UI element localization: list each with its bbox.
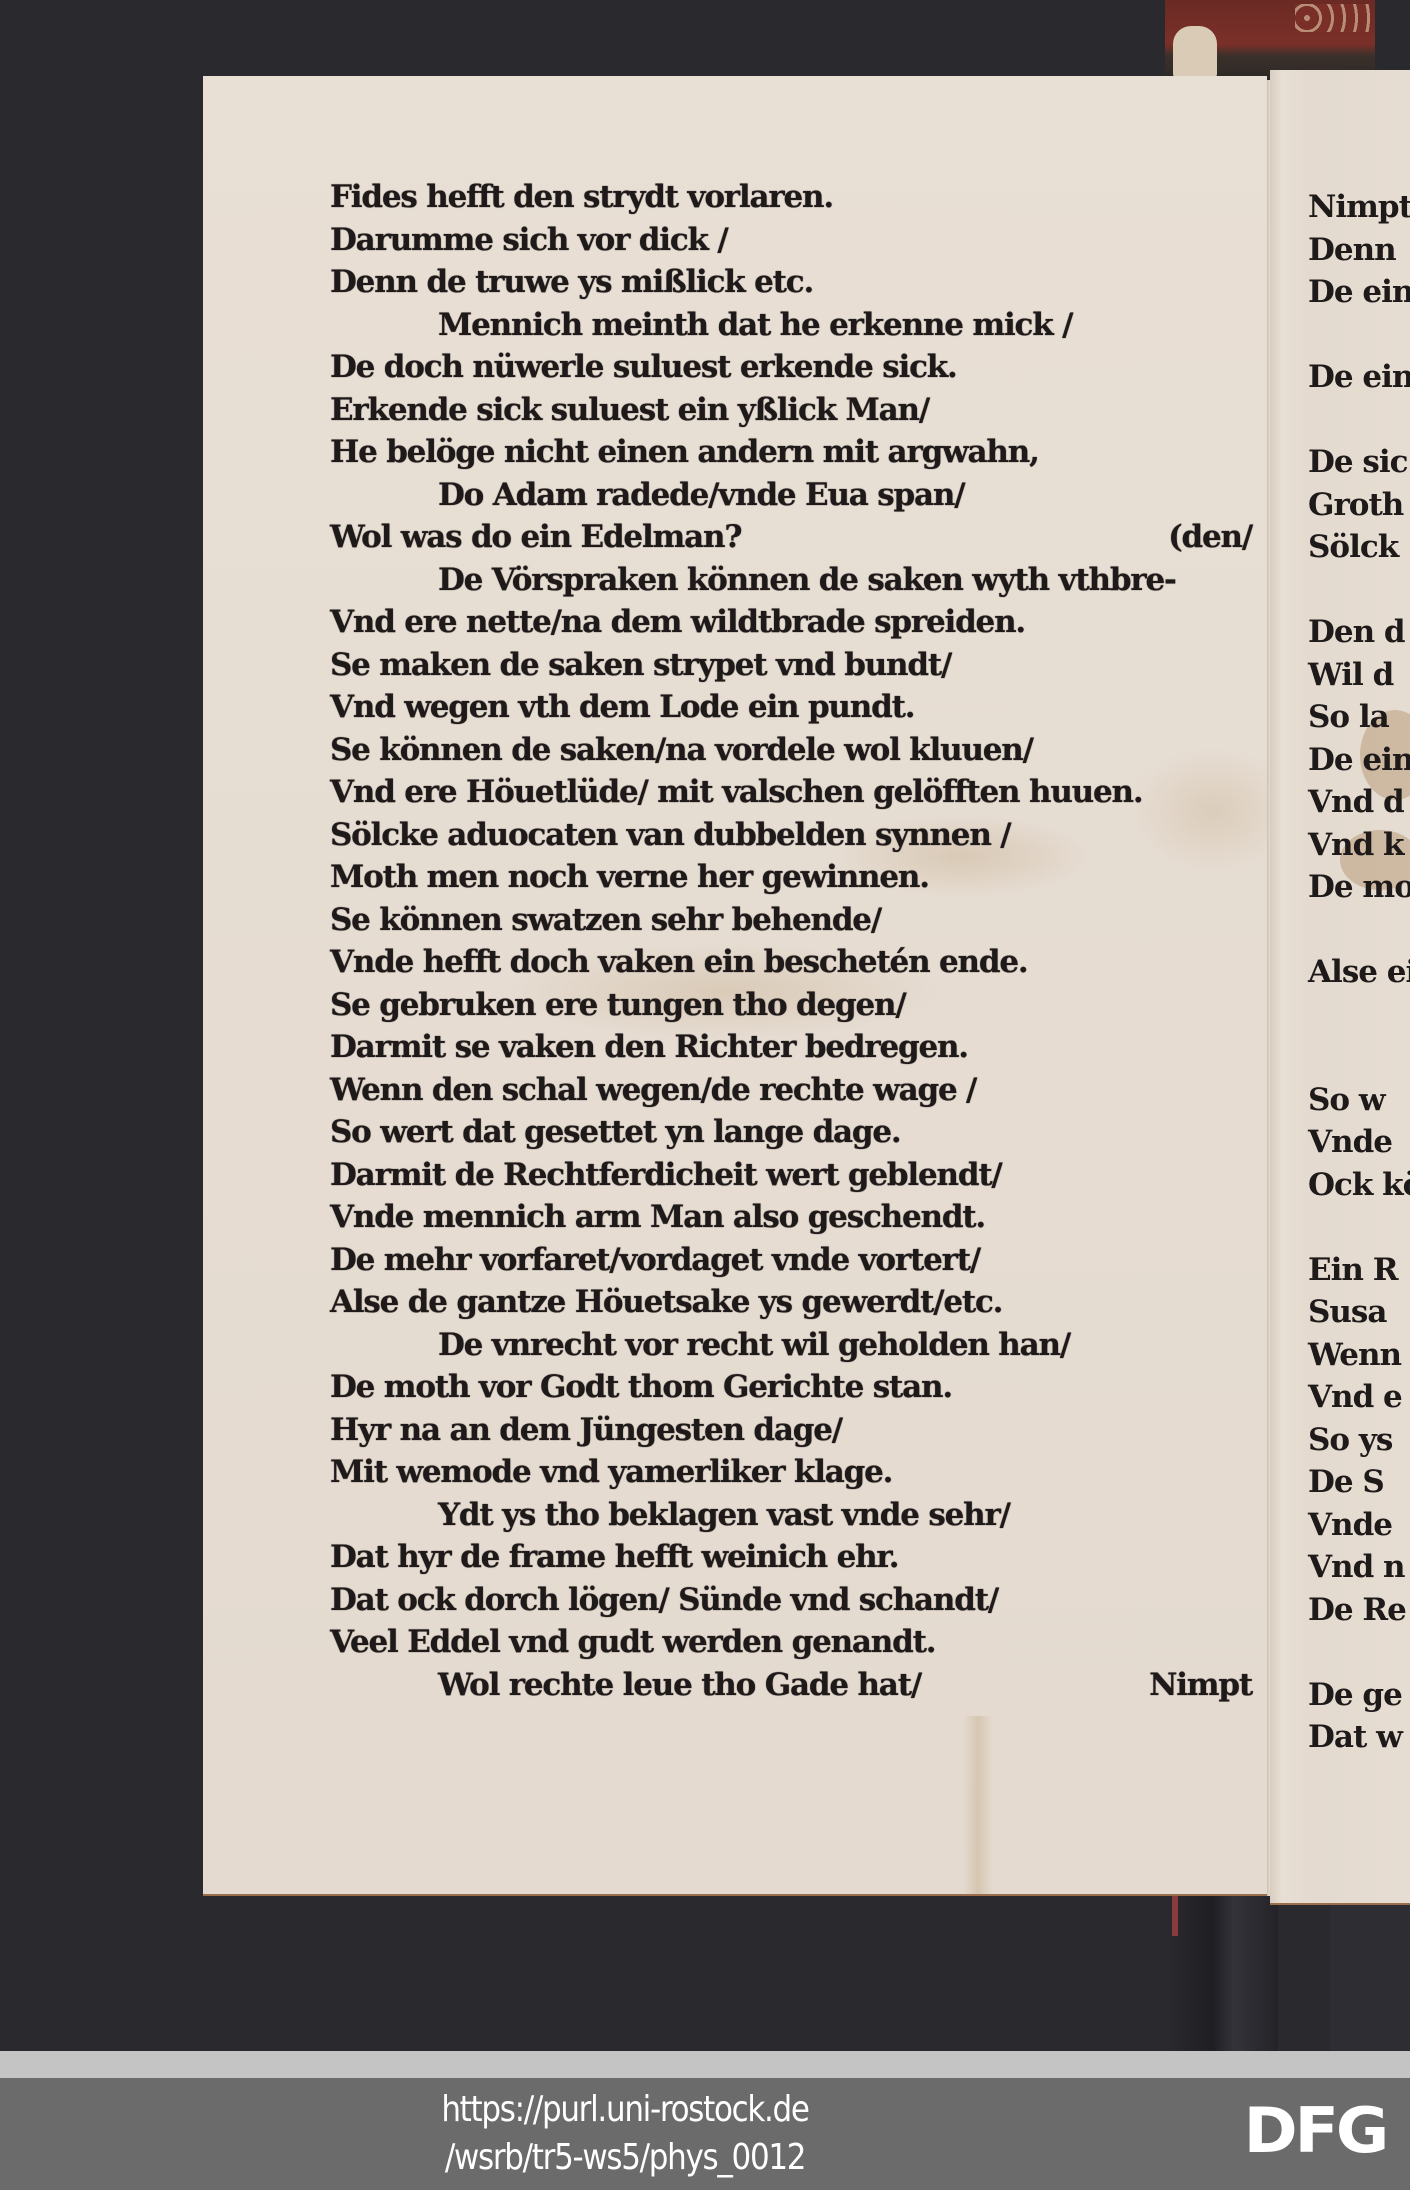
- text-line: Dat ock dorch lögen/ Sünde vnd schandt/: [330, 1579, 1260, 1622]
- text-line-content: Se können de saken/na vordele wol kluuen…: [330, 732, 1033, 768]
- text-line-content: Se können swatzen sehr behende/: [330, 902, 881, 938]
- text-line-fragment: [1308, 909, 1410, 952]
- text-line: Vnd ere Höuetlüde/ mit valschen gelöffte…: [330, 771, 1260, 814]
- text-line-content: Vnd wegen vth dem Lode ein pundt.: [330, 689, 914, 725]
- text-line: So wert dat gesettet yn lange dage.: [330, 1111, 1260, 1154]
- text-line-content: Vnd ere nette/na dem wildtbrade spreiden…: [330, 604, 1025, 640]
- dfg-logo: DFG: [1244, 2104, 1387, 2158]
- text-line-content: Wol rechte leue tho Gade hat/: [438, 1667, 921, 1703]
- text-line-fragment: Susa: [1308, 1291, 1410, 1334]
- left-page: Fides hefft den strydt vorlaren.Darumme …: [203, 76, 1267, 1896]
- text-line: Do Adam radede/vnde Eua span/: [330, 474, 1260, 517]
- text-line-fragment: [1308, 399, 1410, 442]
- text-line-fragment: Vnd d: [1308, 781, 1410, 824]
- text-line-fragment: So ys: [1308, 1419, 1410, 1462]
- text-line: Se gebruken ere tungen tho degen/: [330, 984, 1260, 1027]
- text-line-content: Vnde hefft doch vaken ein beschetén ende…: [330, 944, 1027, 980]
- text-line: De vnrecht vor recht wil geholden han/: [330, 1324, 1260, 1367]
- text-line-fragment: [1308, 314, 1410, 357]
- footer-divider: [0, 2051, 1410, 2078]
- text-line-fragment: De mo: [1308, 866, 1410, 909]
- text-line: Alse de gantze Höuetsake ys gewerdt/etc.: [330, 1281, 1260, 1324]
- book-cover-board: [1330, 1903, 1410, 2051]
- text-line-content: Dat hyr de frame hefft weinich ehr.: [330, 1539, 898, 1575]
- text-line-content: Moth men noch verne her gewinnen.: [330, 859, 929, 895]
- text-line: Sölcke aduocaten van dubbelden synnen /: [330, 814, 1260, 857]
- text-line-fragment: De ge: [1308, 1674, 1410, 1717]
- scan-image: Fides hefft den strydt vorlaren.Darumme …: [0, 0, 1410, 2051]
- text-line: De Vörspraken können de saken wyth vthbr…: [330, 559, 1260, 602]
- text-line: Dat hyr de frame hefft weinich ehr.: [330, 1536, 1260, 1579]
- text-line-content: Ydt ys tho beklagen vast vnde sehr/: [438, 1497, 1010, 1533]
- text-line: Vnd ere nette/na dem wildtbrade spreiden…: [330, 601, 1260, 644]
- text-line-fragment: De ein: [1308, 739, 1410, 782]
- text-line-fragment: Groth: [1308, 484, 1410, 527]
- text-line-fragment: Denn: [1308, 229, 1410, 272]
- text-line-fragment: [1308, 1206, 1410, 1249]
- line-continuation: (den/: [1168, 516, 1260, 559]
- text-line-fragment: Vnd n: [1308, 1546, 1410, 1589]
- text-line-fragment: Dat w: [1308, 1716, 1410, 1759]
- text-line-content: Darmit de Rechtferdicheit wert geblendt/: [330, 1157, 1002, 1193]
- text-line-content: Darmit se vaken den Richter bedregen.: [330, 1029, 968, 1065]
- text-line: He belöge nicht einen andern mit argwahn…: [330, 431, 1260, 474]
- right-page-text: NimptDennDe einDe einDe sicGrothSölckDen…: [1308, 186, 1410, 1759]
- text-line-content: Wenn den schal wegen/de rechte wage /: [330, 1072, 976, 1108]
- text-line: Se maken de saken strypet vnd bundt/: [330, 644, 1260, 687]
- text-line-fragment: [1308, 1036, 1410, 1079]
- text-line: Vnde hefft doch vaken ein beschetén ende…: [330, 941, 1260, 984]
- text-line: Vnde mennich arm Man also geschendt.: [330, 1196, 1260, 1239]
- text-line-fragment: Vnd k: [1308, 824, 1410, 867]
- text-line: (den/Wol was do ein Edelman?: [330, 516, 1260, 559]
- text-line-fragment: Ock kö: [1308, 1164, 1410, 1207]
- text-line-content: Hyr na an dem Jüngesten dage/: [330, 1412, 842, 1448]
- text-line-content: Vnd ere Höuetlüde/ mit valschen gelöffte…: [330, 774, 1142, 810]
- text-line-fragment: So w: [1308, 1079, 1410, 1122]
- text-line: Erkende sick suluest ein yßlick Man/: [330, 389, 1260, 432]
- text-line: Veel Eddel vnd gudt werden genandt.: [330, 1621, 1260, 1664]
- text-line-fragment: Wil d: [1308, 654, 1410, 697]
- text-line-fragment: De Re: [1308, 1589, 1410, 1632]
- book-headband: [1165, 0, 1375, 80]
- text-line-content: Do Adam radede/vnde Eua span/: [438, 477, 964, 513]
- text-line-fragment: So la: [1308, 696, 1410, 739]
- text-line-content: De mehr vorfaret/vordaget vnde vortert/: [330, 1242, 980, 1278]
- text-line-fragment: Vnde: [1308, 1121, 1410, 1164]
- text-line: Vnd wegen vth dem Lode ein pundt.: [330, 686, 1260, 729]
- text-line-content: Alse de gantze Höuetsake ys gewerdt/etc.: [330, 1284, 1002, 1320]
- text-line: Se können swatzen sehr behende/: [330, 899, 1260, 942]
- text-line: Ydt ys tho beklagen vast vnde sehr/: [330, 1494, 1260, 1537]
- text-line-content: De Vörspraken können de saken wyth vthbr…: [438, 562, 1176, 598]
- text-line: De doch nüwerle suluest erkende sick.: [330, 346, 1260, 389]
- text-line: De moth vor Godt thom Gerichte stan.: [330, 1366, 1260, 1409]
- text-line-content: De doch nüwerle suluest erkende sick.: [330, 349, 957, 385]
- text-line-content: Se maken de saken strypet vnd bundt/: [330, 647, 951, 683]
- text-line-content: Mennich meinth dat he erkenne mick /: [438, 307, 1072, 343]
- text-line: Fides hefft den strydt vorlaren.: [330, 176, 1260, 219]
- text-line-fragment: Sölck: [1308, 526, 1410, 569]
- text-line-fragment: Wenn: [1308, 1334, 1410, 1377]
- text-line: De mehr vorfaret/vordaget vnde vortert/: [330, 1239, 1260, 1282]
- text-line-fragment: Vnd e: [1308, 1376, 1410, 1419]
- text-line-content: Se gebruken ere tungen tho degen/: [330, 987, 905, 1023]
- text-line-content: Vnde mennich arm Man also geschendt.: [330, 1199, 985, 1235]
- right-page-fragment: NimptDennDe einDe einDe sicGrothSölckDen…: [1270, 70, 1410, 1905]
- text-line: Wenn den schal wegen/de rechte wage /: [330, 1069, 1260, 1112]
- permalink-line-2[interactable]: /wsrb/tr5-ws5/phys_0012: [346, 2134, 905, 2182]
- permalink[interactable]: https://purl.uni-rostock.de /wsrb/tr5-ws…: [346, 2086, 905, 2182]
- text-line-fragment: De ein: [1308, 271, 1410, 314]
- text-line-content: De moth vor Godt thom Gerichte stan.: [330, 1369, 952, 1405]
- text-line-fragment: [1308, 1631, 1410, 1674]
- text-line-fragment: [1308, 569, 1410, 612]
- text-line-fragment: Den d: [1308, 611, 1410, 654]
- text-line: Denn de truwe ys mißlick etc.: [330, 261, 1260, 304]
- text-line-content: So wert dat gesettet yn lange dage.: [330, 1114, 901, 1150]
- text-line-content: Sölcke aduocaten van dubbelden synnen /: [330, 817, 1010, 853]
- text-line-content: Darumme sich vor dick /: [330, 222, 728, 258]
- spine-edge: [1172, 1896, 1178, 1936]
- footer-bar: https://purl.uni-rostock.de /wsrb/tr5-ws…: [0, 2078, 1410, 2190]
- water-stain: [963, 1716, 993, 1894]
- text-line: NimptWol rechte leue tho Gade hat/: [330, 1664, 1260, 1707]
- text-line: Darumme sich vor dick /: [330, 219, 1260, 262]
- text-line-fragment: Alse ei: [1308, 951, 1410, 994]
- text-line: Mennich meinth dat he erkenne mick /: [330, 304, 1260, 347]
- text-line: Mit wemode vnd yamerliker klage.: [330, 1451, 1260, 1494]
- text-line-content: Erkende sick suluest ein yßlick Man/: [330, 392, 929, 428]
- text-line: Moth men noch verne her gewinnen.: [330, 856, 1260, 899]
- text-line: Se können de saken/na vordele wol kluuen…: [330, 729, 1260, 772]
- text-line-content: He belöge nicht einen andern mit argwahn…: [330, 434, 1039, 470]
- text-line-fragment: De sic: [1308, 441, 1410, 484]
- text-line-fragment: Ein R: [1308, 1249, 1410, 1292]
- text-line-content: Dat ock dorch lögen/ Sünde vnd schandt/: [330, 1582, 998, 1618]
- text-line-content: Wol was do ein Edelman?: [330, 519, 741, 555]
- text-line: Darmit de Rechtferdicheit wert geblendt/: [330, 1154, 1260, 1197]
- text-line-content: Mit wemode vnd yamerliker klage.: [330, 1454, 892, 1490]
- text-line-content: De vnrecht vor recht wil geholden han/: [438, 1327, 1070, 1363]
- text-line-fragment: De ein: [1308, 356, 1410, 399]
- page-text: Fides hefft den strydt vorlaren.Darumme …: [330, 176, 1260, 1706]
- catchword: Nimpt: [1149, 1664, 1260, 1707]
- permalink-line-1[interactable]: https://purl.uni-rostock.de: [346, 2086, 905, 2134]
- text-line-fragment: De S: [1308, 1461, 1410, 1504]
- text-line-fragment: Nimpt: [1308, 186, 1410, 229]
- text-line-content: Veel Eddel vnd gudt werden genandt.: [330, 1624, 935, 1660]
- text-line: Hyr na an dem Jüngesten dage/: [330, 1409, 1260, 1452]
- text-line-content: Denn de truwe ys mißlick etc.: [330, 264, 813, 300]
- book-spine: [1168, 1894, 1278, 2051]
- text-line-fragment: [1308, 994, 1410, 1037]
- text-line-fragment: Vnde: [1308, 1504, 1410, 1547]
- text-line: Darmit se vaken den Richter bedregen.: [330, 1026, 1260, 1069]
- text-line-content: Fides hefft den strydt vorlaren.: [330, 179, 833, 215]
